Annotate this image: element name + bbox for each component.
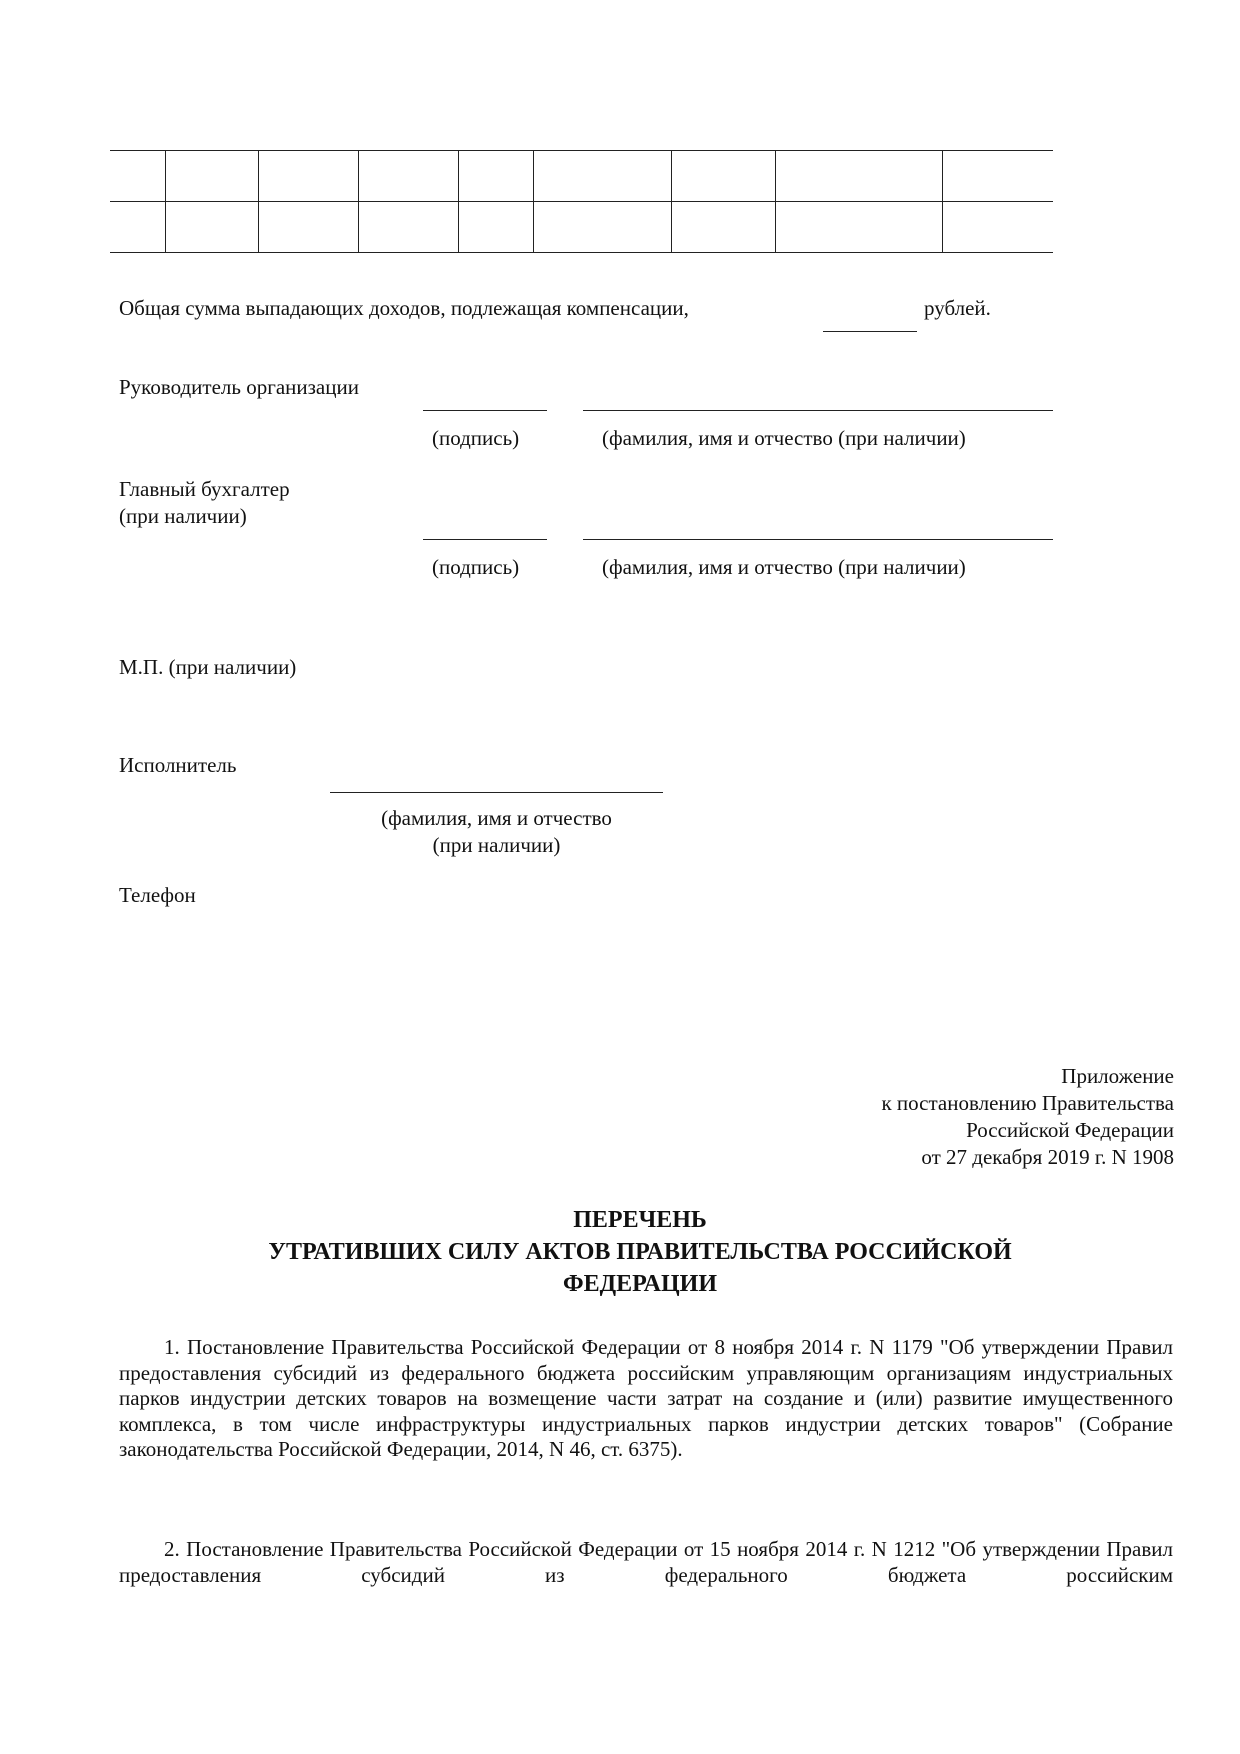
- executor-name-line[interactable]: [330, 792, 663, 793]
- table-row-divider: [110, 201, 1053, 202]
- table-col-divider: [458, 150, 459, 252]
- head-label: Руководитель организации: [119, 375, 359, 400]
- table-border-bottom: [110, 252, 1053, 253]
- list-item-text: 1. Постановление Правительства Российско…: [119, 1335, 1173, 1463]
- table-col-divider: [358, 150, 359, 252]
- table-border-top: [110, 150, 1053, 151]
- head-signature-line[interactable]: [423, 410, 547, 411]
- table-col-divider: [671, 150, 672, 252]
- executor-caption: (фамилия, имя и отчество: [330, 806, 663, 831]
- total-amount-field[interactable]: [823, 331, 917, 332]
- list-item-text: 2. Постановление Правительства Российско…: [119, 1537, 1173, 1588]
- phone-label: Телефон: [119, 883, 196, 908]
- list-title: ПЕРЕЧЕНЬ УТРАТИВШИХ СИЛУ АКТОВ ПРАВИТЕЛЬ…: [110, 1204, 1170, 1300]
- list-title-line: УТРАТИВШИХ СИЛУ АКТОВ ПРАВИТЕЛЬСТВА РОСС…: [110, 1236, 1170, 1268]
- list-item: 2. Постановление Правительства Российско…: [119, 1537, 1173, 1588]
- table-col-divider: [258, 150, 259, 252]
- accountant-label-note: (при наличии): [119, 504, 247, 529]
- head-signature-caption: (подпись): [432, 426, 519, 451]
- executor-caption-note: (при наличии): [330, 833, 663, 858]
- accountant-signature-line[interactable]: [423, 539, 547, 540]
- table-col-divider: [165, 150, 166, 252]
- list-title-line: ФЕДЕРАЦИИ: [110, 1268, 1170, 1300]
- table-col-divider: [942, 150, 943, 252]
- accountant-signature-caption: (подпись): [432, 555, 519, 580]
- total-unit: рублей.: [924, 296, 991, 321]
- table-col-divider: [775, 150, 776, 252]
- table-col-divider: [533, 150, 534, 252]
- appendix-reference: к постановлению Правительства: [881, 1091, 1174, 1116]
- total-label: Общая сумма выпадающих доходов, подлежащ…: [119, 296, 689, 321]
- list-title-line: ПЕРЕЧЕНЬ: [110, 1204, 1170, 1236]
- accountant-name-caption: (фамилия, имя и отчество (при наличии): [602, 555, 966, 580]
- appendix-authority: Российской Федерации: [966, 1118, 1174, 1143]
- head-name-caption: (фамилия, имя и отчество (при наличии): [602, 426, 966, 451]
- appendix-date-number: от 27 декабря 2019 г. N 1908: [921, 1145, 1174, 1170]
- accountant-label: Главный бухгалтер: [119, 477, 290, 502]
- appendix-title: Приложение: [1061, 1064, 1174, 1089]
- stamp-label: М.П. (при наличии): [119, 655, 296, 680]
- accountant-name-line[interactable]: [583, 539, 1053, 540]
- list-item: 1. Постановление Правительства Российско…: [119, 1335, 1173, 1463]
- executor-label: Исполнитель: [119, 753, 236, 778]
- head-name-line[interactable]: [583, 410, 1053, 411]
